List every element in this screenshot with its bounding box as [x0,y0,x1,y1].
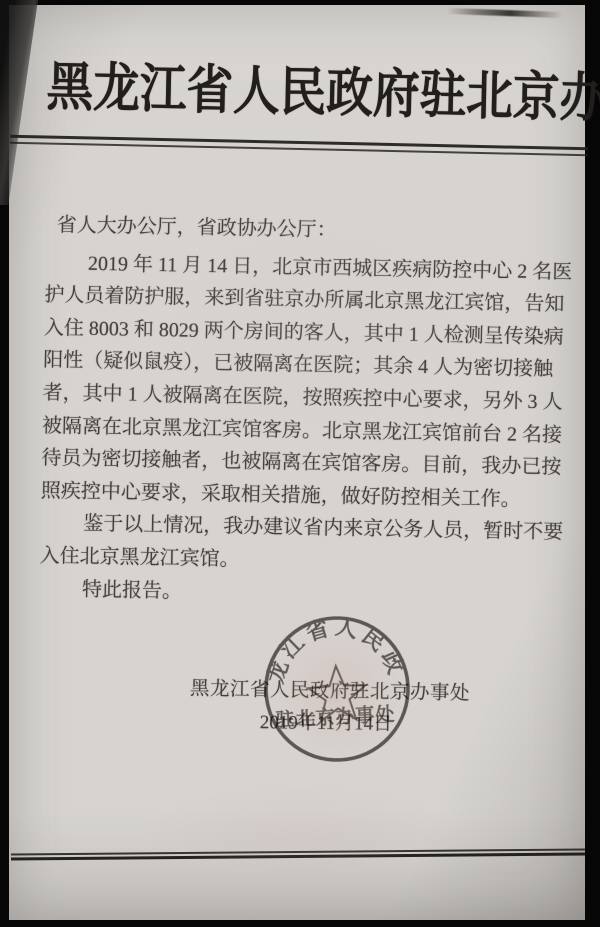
document-body: 省人大办公厅，省政协办公厅： 2019 年 11 月 14 日，北京市西城区疾病… [39,209,552,614]
seal-bottom-text: 驻北京办事处 [275,702,396,731]
official-seal: 龙江省人民政 驻北京办事处 [247,599,428,780]
letterhead-title: 黑龙江省人民政府驻北京办事处 [46,55,554,132]
body-lines: 2019 年 11 月 14 日，北京市西城区疾病防控中心 2 名医护人员着防护… [39,247,551,615]
photo-frame: 黑龙江省人民政府驻北京办事处 省人大办公厅，省政协办公厅： 2019 年 11 … [0,0,600,927]
seal-arc-text: 龙江省人民政 [259,610,410,687]
